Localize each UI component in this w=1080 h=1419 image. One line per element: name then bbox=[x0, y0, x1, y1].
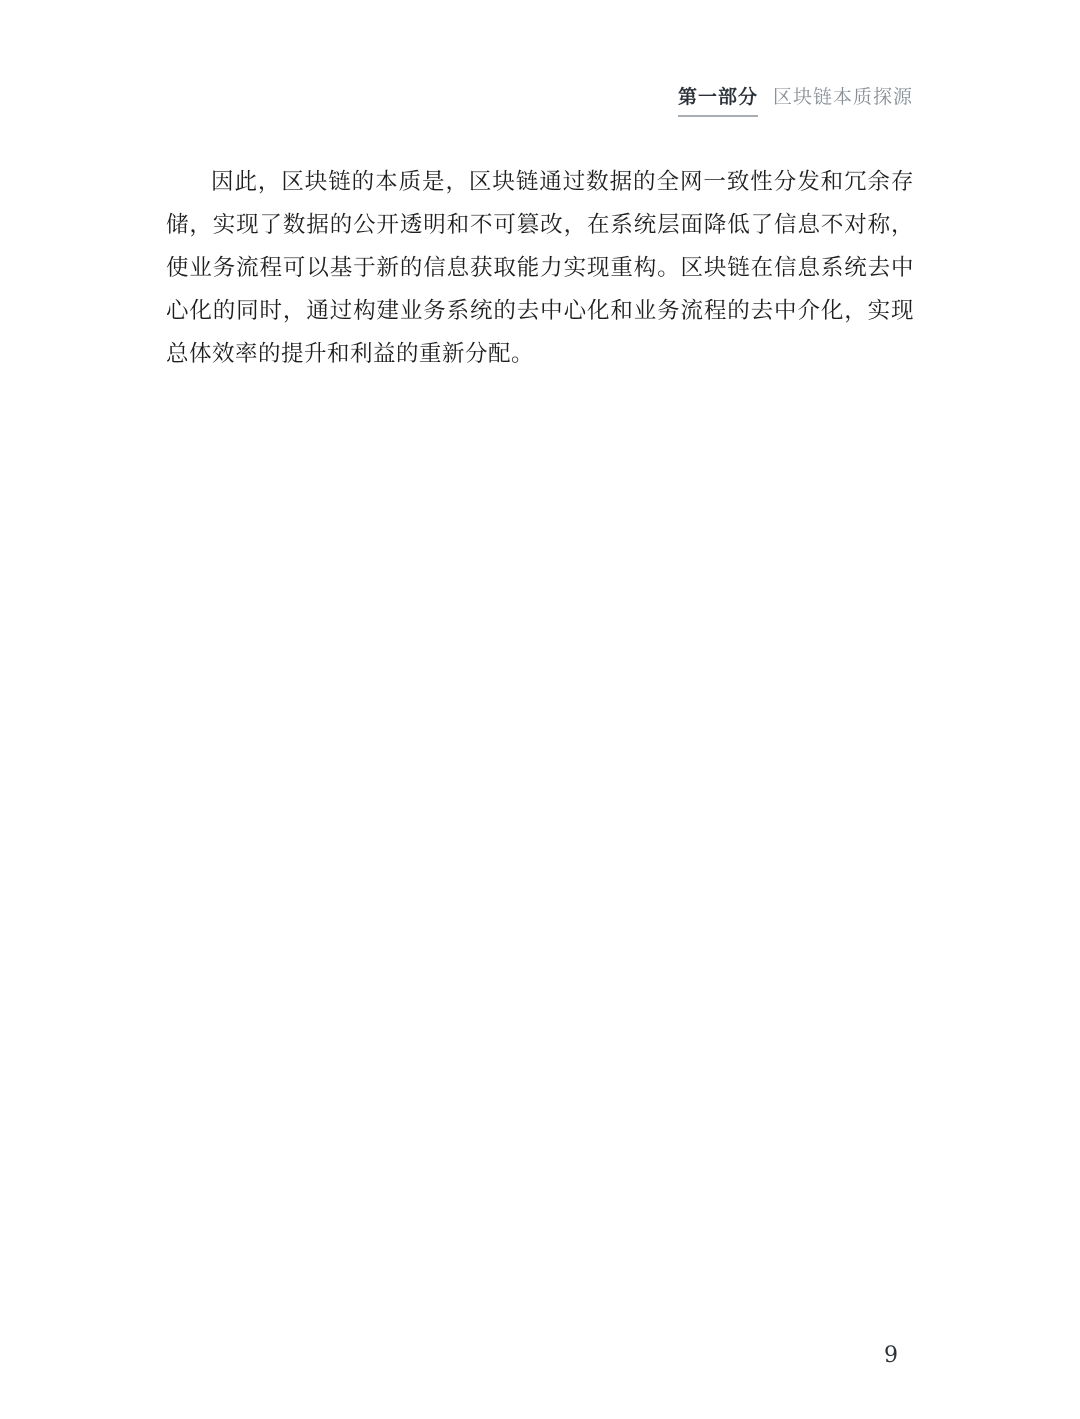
page-number: 9 bbox=[884, 1343, 898, 1368]
running-head: 第一部分 区块链本质探源 bbox=[678, 86, 913, 117]
page-body: 因此，区块链的本质是，区块链通过数据的全网一致性分发和冗余存储，实现了数据的公开… bbox=[166, 161, 914, 376]
part-label: 第一部分 bbox=[678, 86, 758, 108]
part-label-block: 第一部分 bbox=[678, 86, 758, 117]
body-paragraph: 因此，区块链的本质是，区块链通过数据的全网一致性分发和冗余存储，实现了数据的公开… bbox=[166, 161, 914, 376]
book-page: 第一部分 区块链本质探源 因此，区块链的本质是，区块链通过数据的全网一致性分发和… bbox=[0, 0, 1080, 1419]
part-underline-divider bbox=[678, 115, 758, 117]
chapter-title: 区块链本质探源 bbox=[773, 86, 913, 108]
